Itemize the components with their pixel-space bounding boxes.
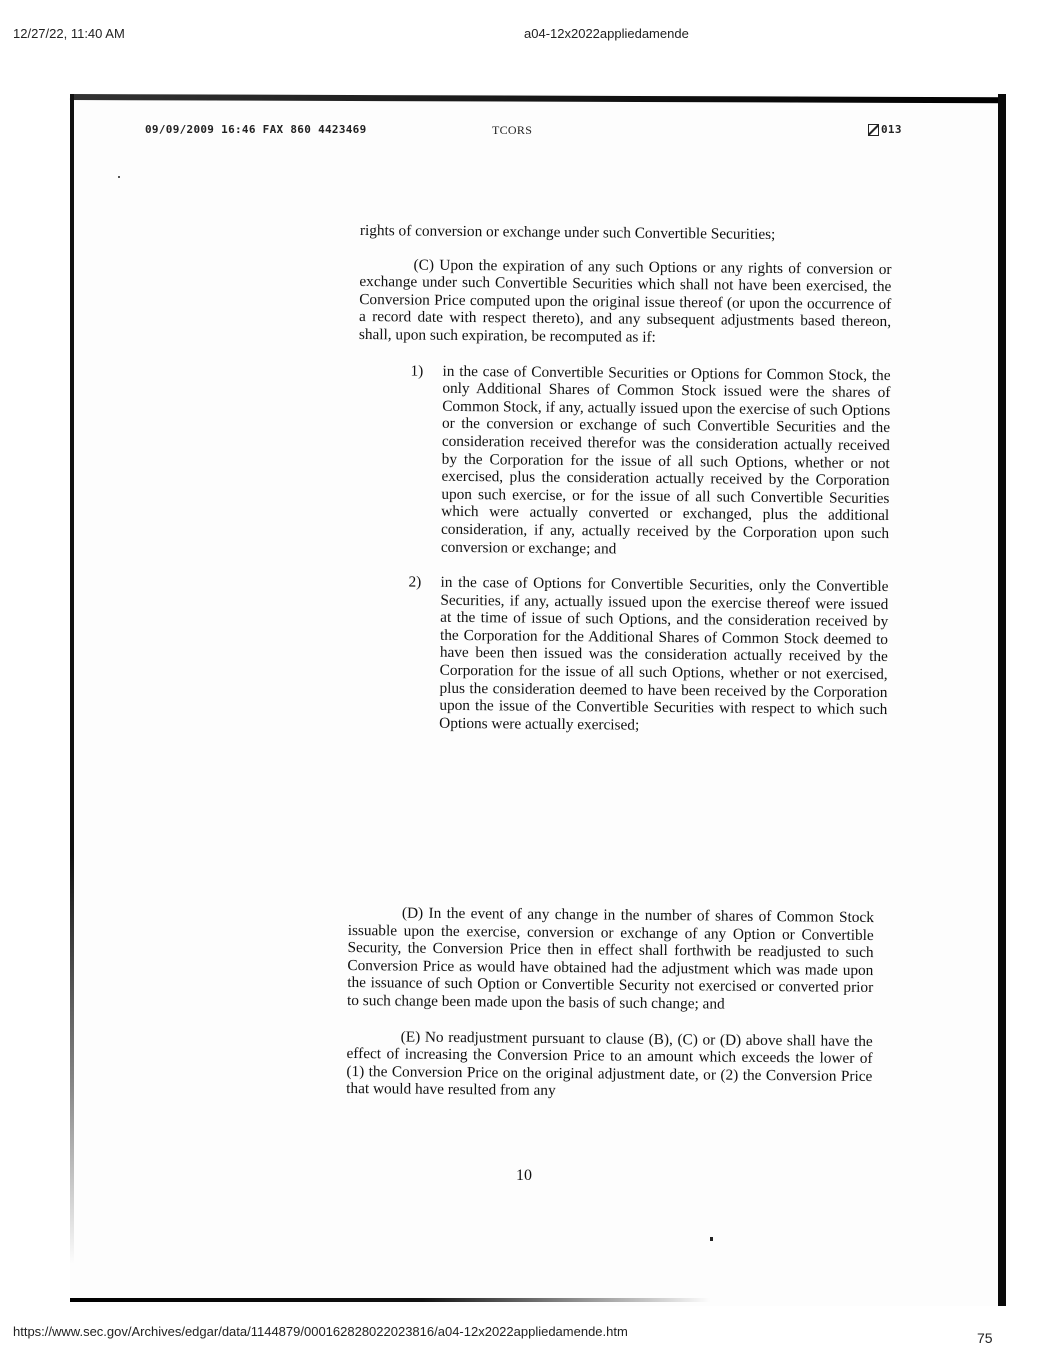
paragraph-c: (C) Upon the expiration of any such Opti… [359, 256, 892, 349]
paragraph-d: (D) In the event of any change in the nu… [347, 904, 874, 1015]
scan-right-border [998, 94, 1006, 1306]
list-number: 1) [409, 362, 443, 556]
fax-page-icon [868, 124, 879, 136]
list-text: in the case of Convertible Securities or… [441, 362, 891, 560]
scan-bottom-border [70, 1298, 710, 1302]
scan-left-border [70, 94, 74, 1264]
scan-dot [710, 1237, 713, 1241]
document-body-lower: (D) In the event of any change in the nu… [346, 904, 874, 1103]
print-url: https://www.sec.gov/Archives/edgar/data/… [13, 1324, 628, 1339]
print-page-number: 75 [977, 1330, 993, 1346]
list-number: 2) [407, 574, 441, 733]
print-datetime: 12/27/22, 11:40 AM [13, 26, 125, 41]
paragraph-e: (E) No readjustment pursuant to clause (… [346, 1028, 873, 1103]
lead-line: rights of conversion or exchange under s… [360, 222, 892, 245]
document-page-number: 10 [516, 1167, 532, 1185]
list-item: 2) in the case of Options for Convertibl… [407, 574, 888, 737]
list-text: in the case of Options for Convertible S… [439, 574, 888, 737]
document-body-upper: rights of conversion or exchange under s… [355, 222, 892, 737]
fax-page-number: 013 [881, 123, 902, 136]
list-item: 1) in the case of Convertible Securities… [409, 362, 891, 560]
scanned-page: 09/09/2009 16:46 FAX 860 4423469 TCORS 0… [70, 94, 1006, 1306]
fax-sender: TCORS [492, 123, 532, 138]
fax-timestamp: 09/09/2009 16:46 FAX 860 4423469 [145, 123, 367, 136]
print-doc-title: a04-12x2022appliedamende [524, 26, 689, 41]
fax-page-indicator: 013 [868, 123, 902, 136]
scan-speck [118, 176, 120, 178]
scan-top-border [70, 94, 1006, 103]
